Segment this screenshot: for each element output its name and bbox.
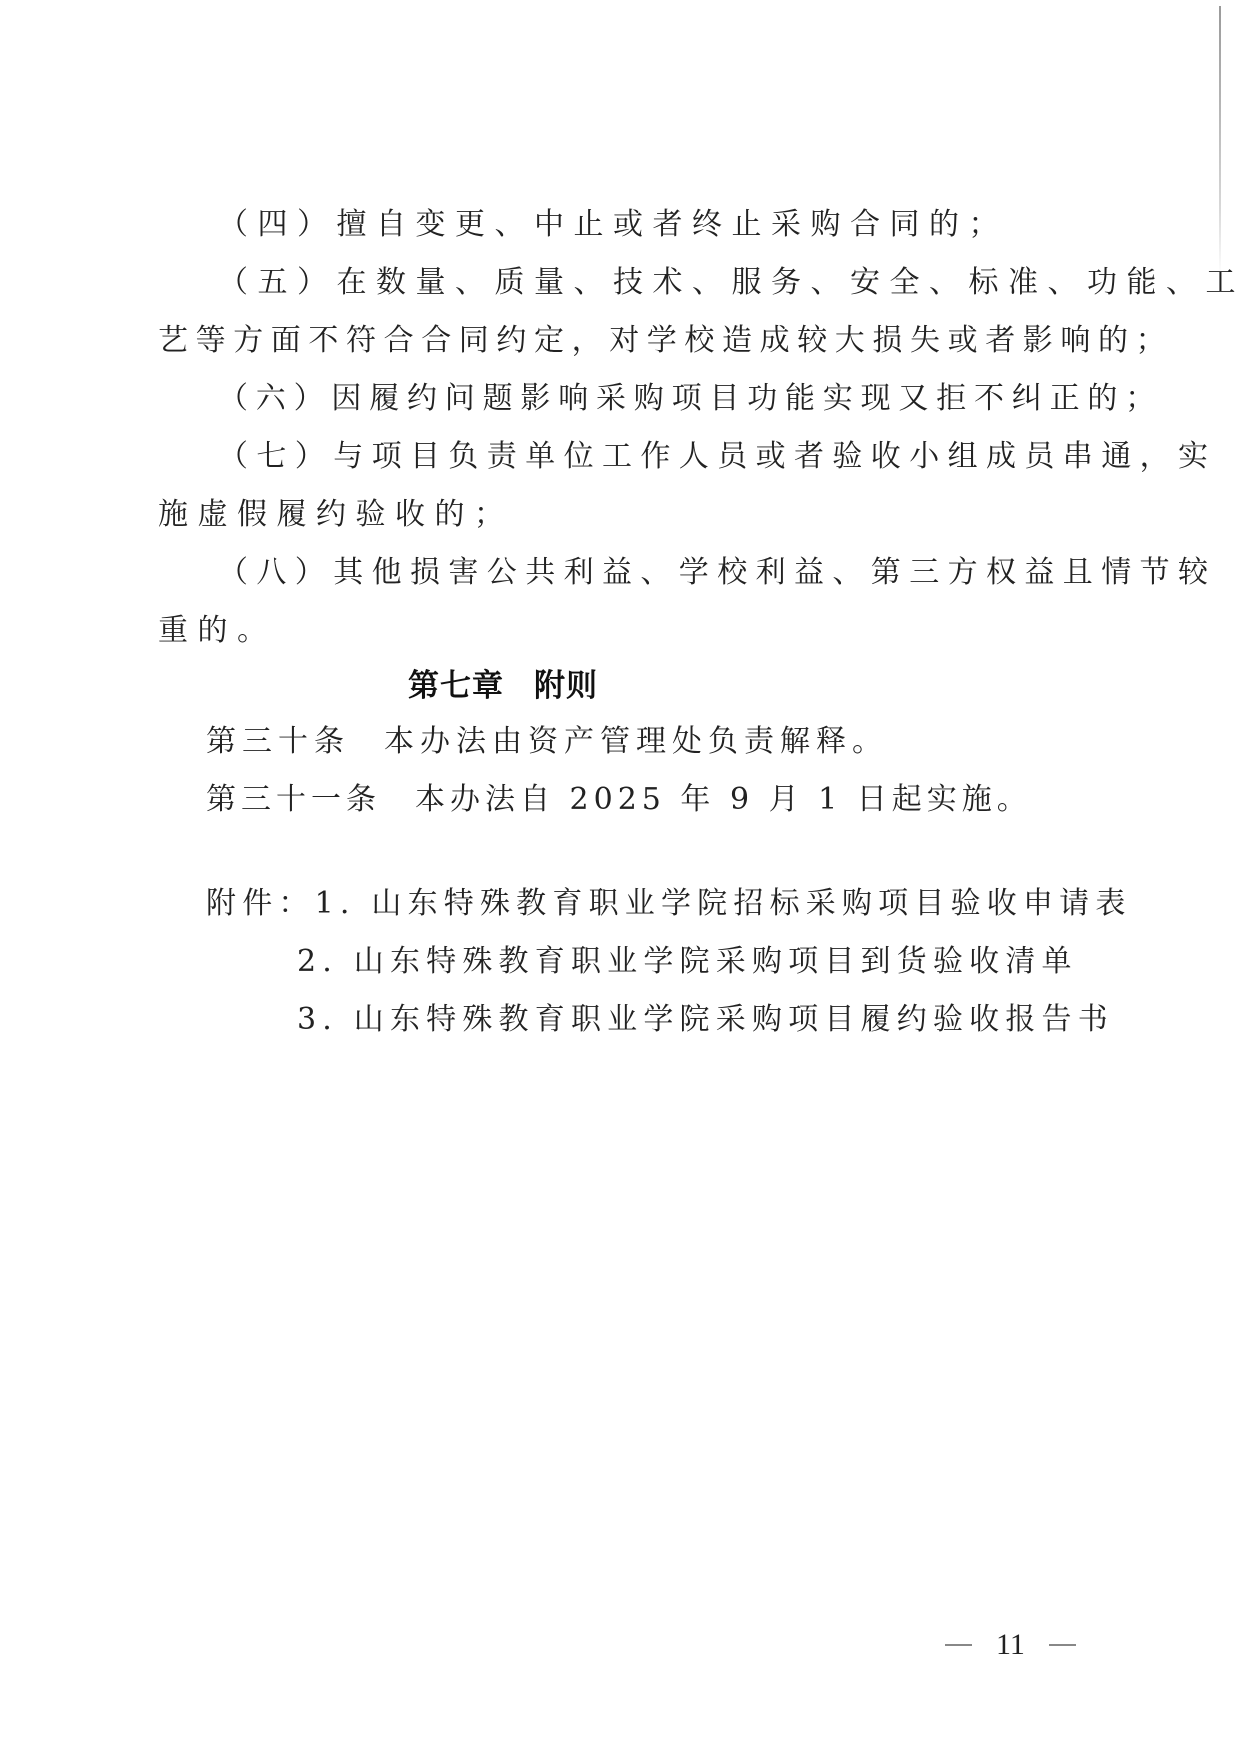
page-number-dash-left — [945, 1644, 972, 1646]
clause-item-8-line-2: 重的。 — [158, 611, 277, 651]
chapter-number: 第七章 — [408, 668, 504, 704]
clause-item-6-line-1: （六）因履约问题影响采购项目功能实现又拒不纠正的； — [218, 379, 1163, 419]
attachment-item-1: 附件：1. 山东特殊教育职业学院招标采购项目验收申请表 — [206, 884, 1132, 924]
clause-item-7-line-1: （七）与项目负责单位工作人员或者验收小组成员串通，实 — [218, 437, 1216, 477]
chapter-title: 附则 — [534, 668, 598, 704]
article-31: 第三十一条本办法自 2025 年 9 月 1 日起实施。 — [206, 780, 1032, 820]
article-31-label: 第三十一条 — [206, 780, 381, 820]
article-30: 第三十条本办法由资产管理处负责解释。 — [206, 722, 888, 762]
page-number-footer: 11 — [945, 1625, 1076, 1665]
attachments-label: 附件： — [206, 884, 315, 924]
page-number: 11 — [996, 1628, 1025, 1662]
clause-item-7-line-2: 施虚假履约验收的； — [158, 495, 514, 535]
article-30-label: 第三十条 — [206, 722, 350, 762]
clause-item-4-line-1: （四）擅自变更、中止或者终止采购合同的； — [218, 205, 1008, 245]
attachment-item-2: 2. 山东特殊教育职业学院采购项目到货验收清单 — [297, 942, 1078, 982]
clause-item-5-line-1: （五）在数量、质量、技术、服务、安全、标准、功能、工 — [218, 263, 1241, 303]
attachment-item-1-text: 1. 山东特殊教育职业学院招标采购项目验收申请表 — [315, 886, 1132, 921]
attachment-item-3: 3. 山东特殊教育职业学院采购项目履约验收报告书 — [297, 1000, 1114, 1040]
clause-item-8-line-1: （八）其他损害公共利益、学校利益、第三方权益且情节较 — [218, 553, 1216, 593]
clause-item-5-line-2: 艺等方面不符合合同约定，对学校造成较大损失或者影响的； — [158, 321, 1173, 361]
article-31-text: 本办法自 2025 年 9 月 1 日起实施。 — [415, 782, 1032, 817]
article-30-text: 本办法由资产管理处负责解释。 — [384, 724, 888, 759]
document-page: （四）擅自变更、中止或者终止采购合同的； （五）在数量、质量、技术、服务、安全、… — [0, 0, 1241, 1755]
page-number-dash-right — [1049, 1644, 1076, 1646]
chapter-heading: 第七章附则 — [408, 666, 598, 706]
